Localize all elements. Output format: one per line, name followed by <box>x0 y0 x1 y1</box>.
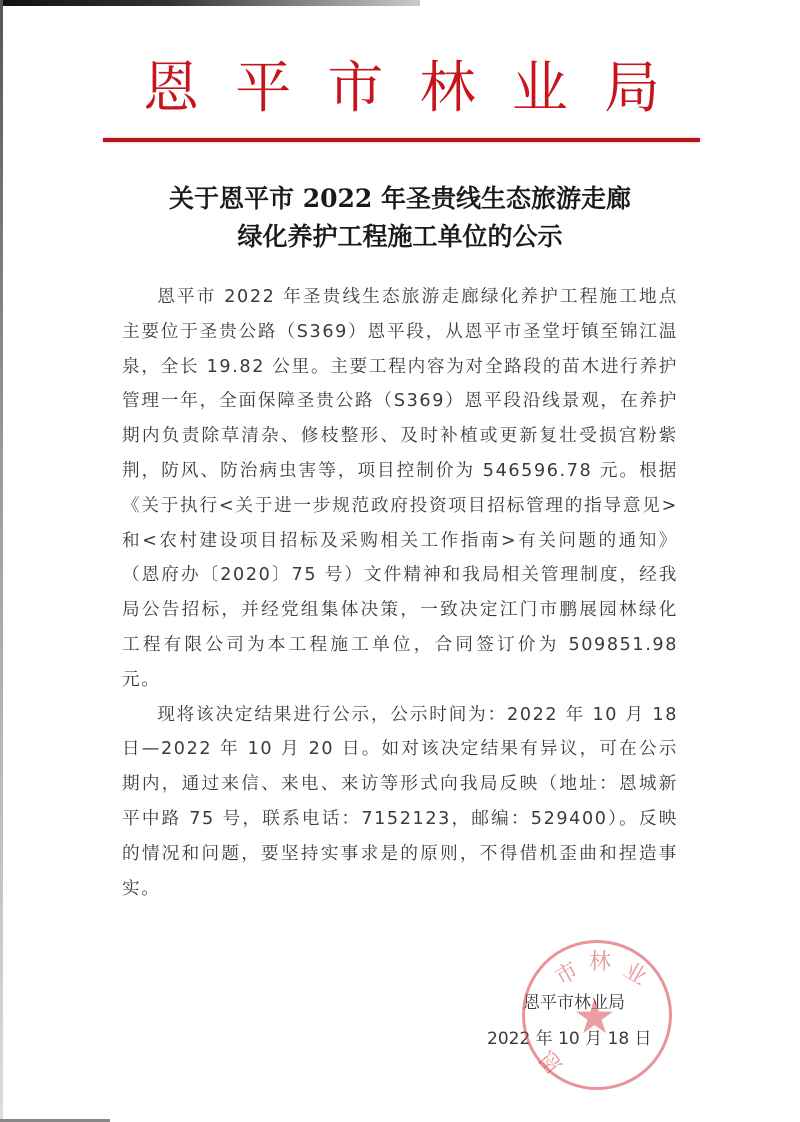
signature-block: 恩平市林业局 2022 年 10 月 18 日 <box>487 985 687 1057</box>
notice-title-line-2: 绿化养护工程施工单位的公示 <box>100 218 700 256</box>
scan-edge-top <box>0 0 420 6</box>
letterhead-char: 林 <box>420 56 476 122</box>
notice-title: 关于恩平市 2022 年圣贵线生态旅游走廊 绿化养护工程施工单位的公示 <box>100 180 700 256</box>
letterhead-char: 恩 <box>143 56 199 122</box>
notice-body: 恩平市 2022 年圣贵线生态旅游走廊绿化养护工程施工地点主要位于圣贵公路（S3… <box>122 280 678 906</box>
letterhead-char: 平 <box>235 56 291 122</box>
letterhead-char: 局 <box>604 56 660 122</box>
signature-date: 2022 年 10 月 18 日 <box>487 1021 687 1057</box>
letterhead-char: 业 <box>512 56 568 122</box>
letterhead-char: 市 <box>327 56 383 122</box>
stamp-ring-char: 林 <box>589 945 611 976</box>
notice-paragraph-1: 恩平市 2022 年圣贵线生态旅游走廊绿化养护工程施工地点主要位于圣贵公路（S3… <box>122 280 678 698</box>
notice-title-line-1: 关于恩平市 2022 年圣贵线生态旅游走廊 <box>100 180 700 218</box>
scan-edge-left <box>0 0 3 1122</box>
signature-org: 恩平市林业局 <box>487 985 687 1021</box>
letterhead-red-rule <box>103 138 700 142</box>
letterhead: 恩 平 市 林 业 局 <box>103 56 700 122</box>
notice-paragraph-2: 现将该决定结果进行公示，公示时间为：2022 年 10 月 18 日—2022 … <box>122 698 678 907</box>
